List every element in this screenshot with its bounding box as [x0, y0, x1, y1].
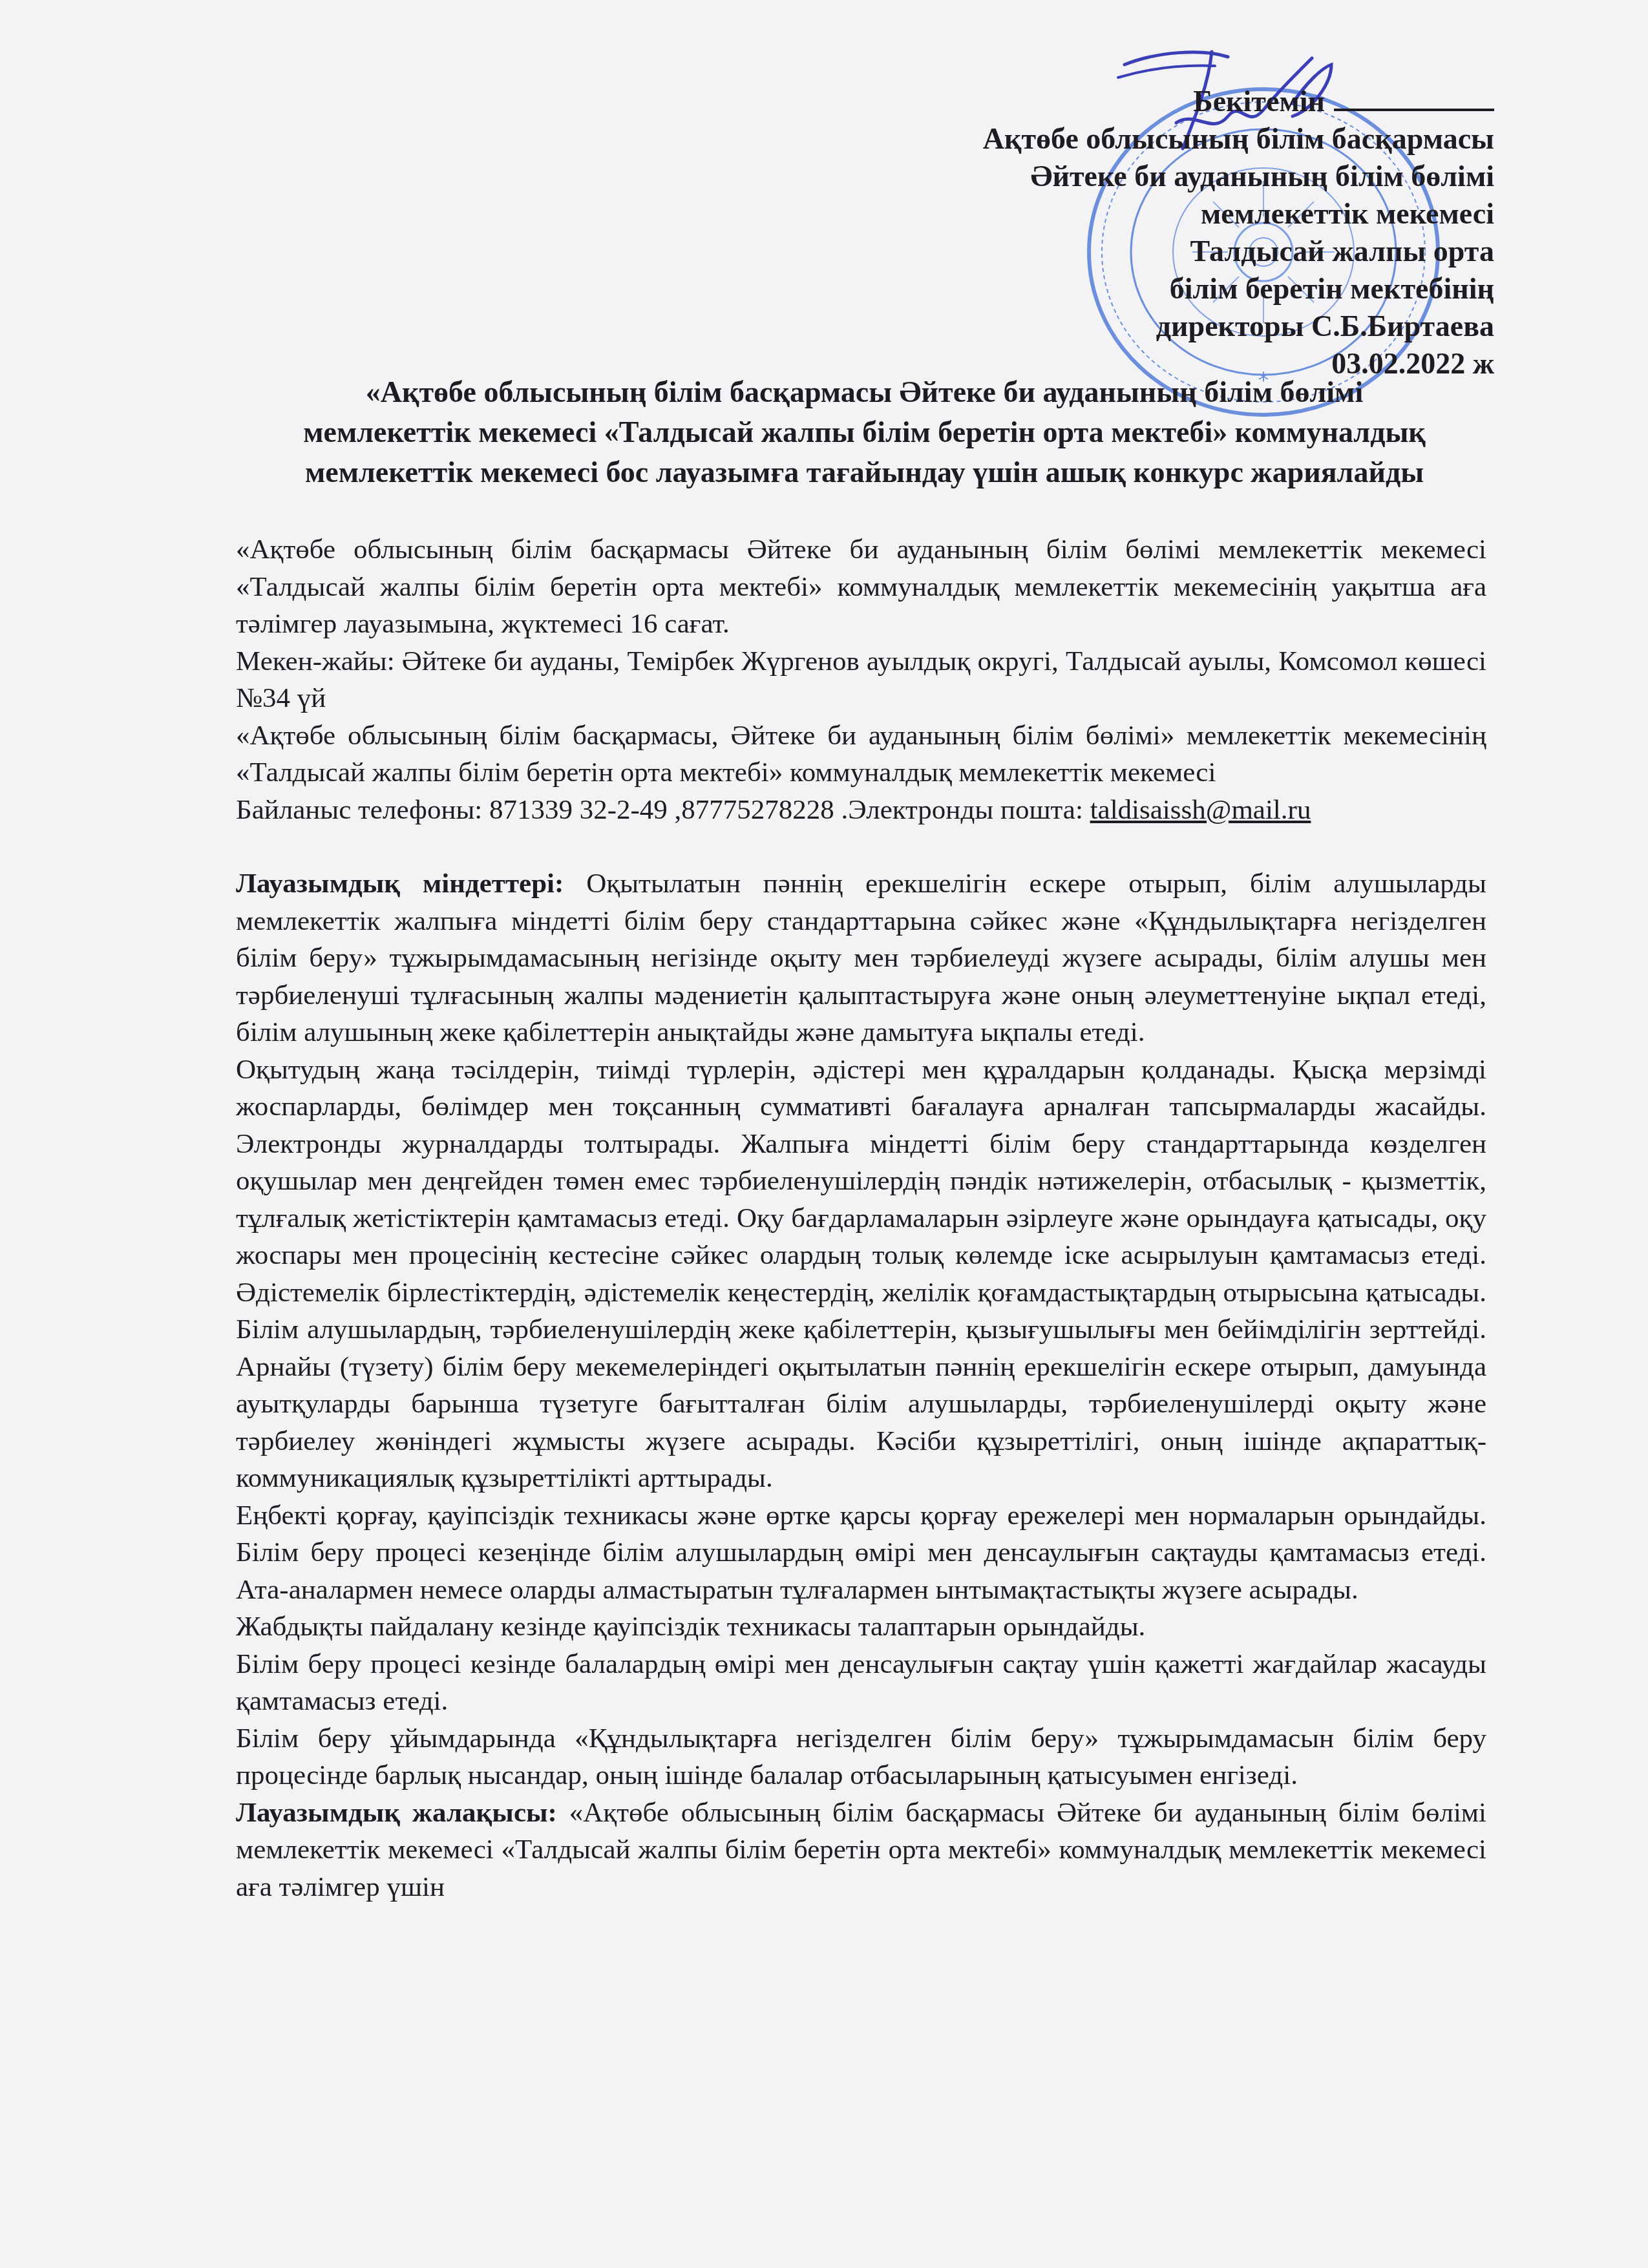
duties-equipment-paragraph: Жабдықты пайдалану кезінде қауіпсіздік т…: [236, 1608, 1486, 1646]
approval-line: білім беретін мектебінің: [983, 270, 1494, 308]
duties-methods-paragraph: Оқытудың жаңа тәсілдерін, тиімді түрлері…: [236, 1051, 1486, 1497]
contacts-text: Байланыс телефоны: 871339 32-2-49 ,87775…: [236, 795, 1090, 825]
approval-line: Әйтеке би ауданының білім бөлімі: [983, 158, 1494, 195]
intro-paragraph: «Ақтөбе облысының білім басқармасы Әйтек…: [236, 531, 1486, 643]
approve-label: Бекітемін: [1193, 85, 1325, 118]
duties-health-paragraph: Білім беру процесі кезінде балалардың өм…: [236, 1646, 1486, 1720]
duties-label: Лауазымдық міндеттері:: [236, 868, 564, 899]
document-body: «Ақтөбе облысының білім басқармасы Әйтек…: [236, 531, 1486, 1906]
duties-paragraph: Лауазымдық міндеттері: Оқытылатын пәннің…: [236, 865, 1486, 1051]
paragraph-gap: [236, 828, 1486, 865]
document-title: «Ақтөбе облысының білім басқармасы Әйтек…: [239, 372, 1490, 492]
approval-line: мемлекеттік мекемесі: [983, 195, 1494, 233]
address-paragraph: Мекен-жайы: Әйтеке би ауданы, Темірбек Ж…: [236, 643, 1486, 717]
contacts-paragraph: Байланыс телефоны: 871339 32-2-49 ,87775…: [236, 792, 1486, 829]
approval-line: Талдысай жалпы орта: [983, 233, 1494, 270]
salary-paragraph: Лауазымдық жалақысы: «Ақтөбе облысының б…: [236, 1794, 1486, 1906]
document-page: * Бекітемін Ақтөбе облысының білім басқа…: [0, 0, 1648, 2268]
approval-date: 03.02.2022 ж: [983, 345, 1494, 383]
approval-block: Бекітемін Ақтөбе облысының білім басқарм…: [983, 83, 1494, 383]
approval-director: директоры С.Б.Биртаева: [983, 308, 1494, 345]
approval-line: Ақтөбе облысының білім басқармасы: [983, 120, 1494, 158]
duties-safety-paragraph: Еңбекті қорғау, қауіпсіздік техникасы жә…: [236, 1497, 1486, 1609]
organization-paragraph: «Ақтөбе облысының білім басқармасы, Әйте…: [236, 717, 1486, 792]
title-line: мемлекеттік мекемесі «Талдысай жалпы біл…: [239, 412, 1490, 452]
title-line: мемлекеттік мекемесі бос лауазымға тағай…: [239, 452, 1490, 492]
salary-label: Лауазымдық жалақысы:: [236, 1798, 557, 1828]
signature-line: [1334, 84, 1494, 111]
email-link[interactable]: taldisaissh@mail.ru: [1090, 795, 1311, 825]
duties-values-paragraph: Білім беру ұйымдарында «Құндылықтарға не…: [236, 1720, 1486, 1794]
approval-heading: Бекітемін: [983, 83, 1494, 120]
